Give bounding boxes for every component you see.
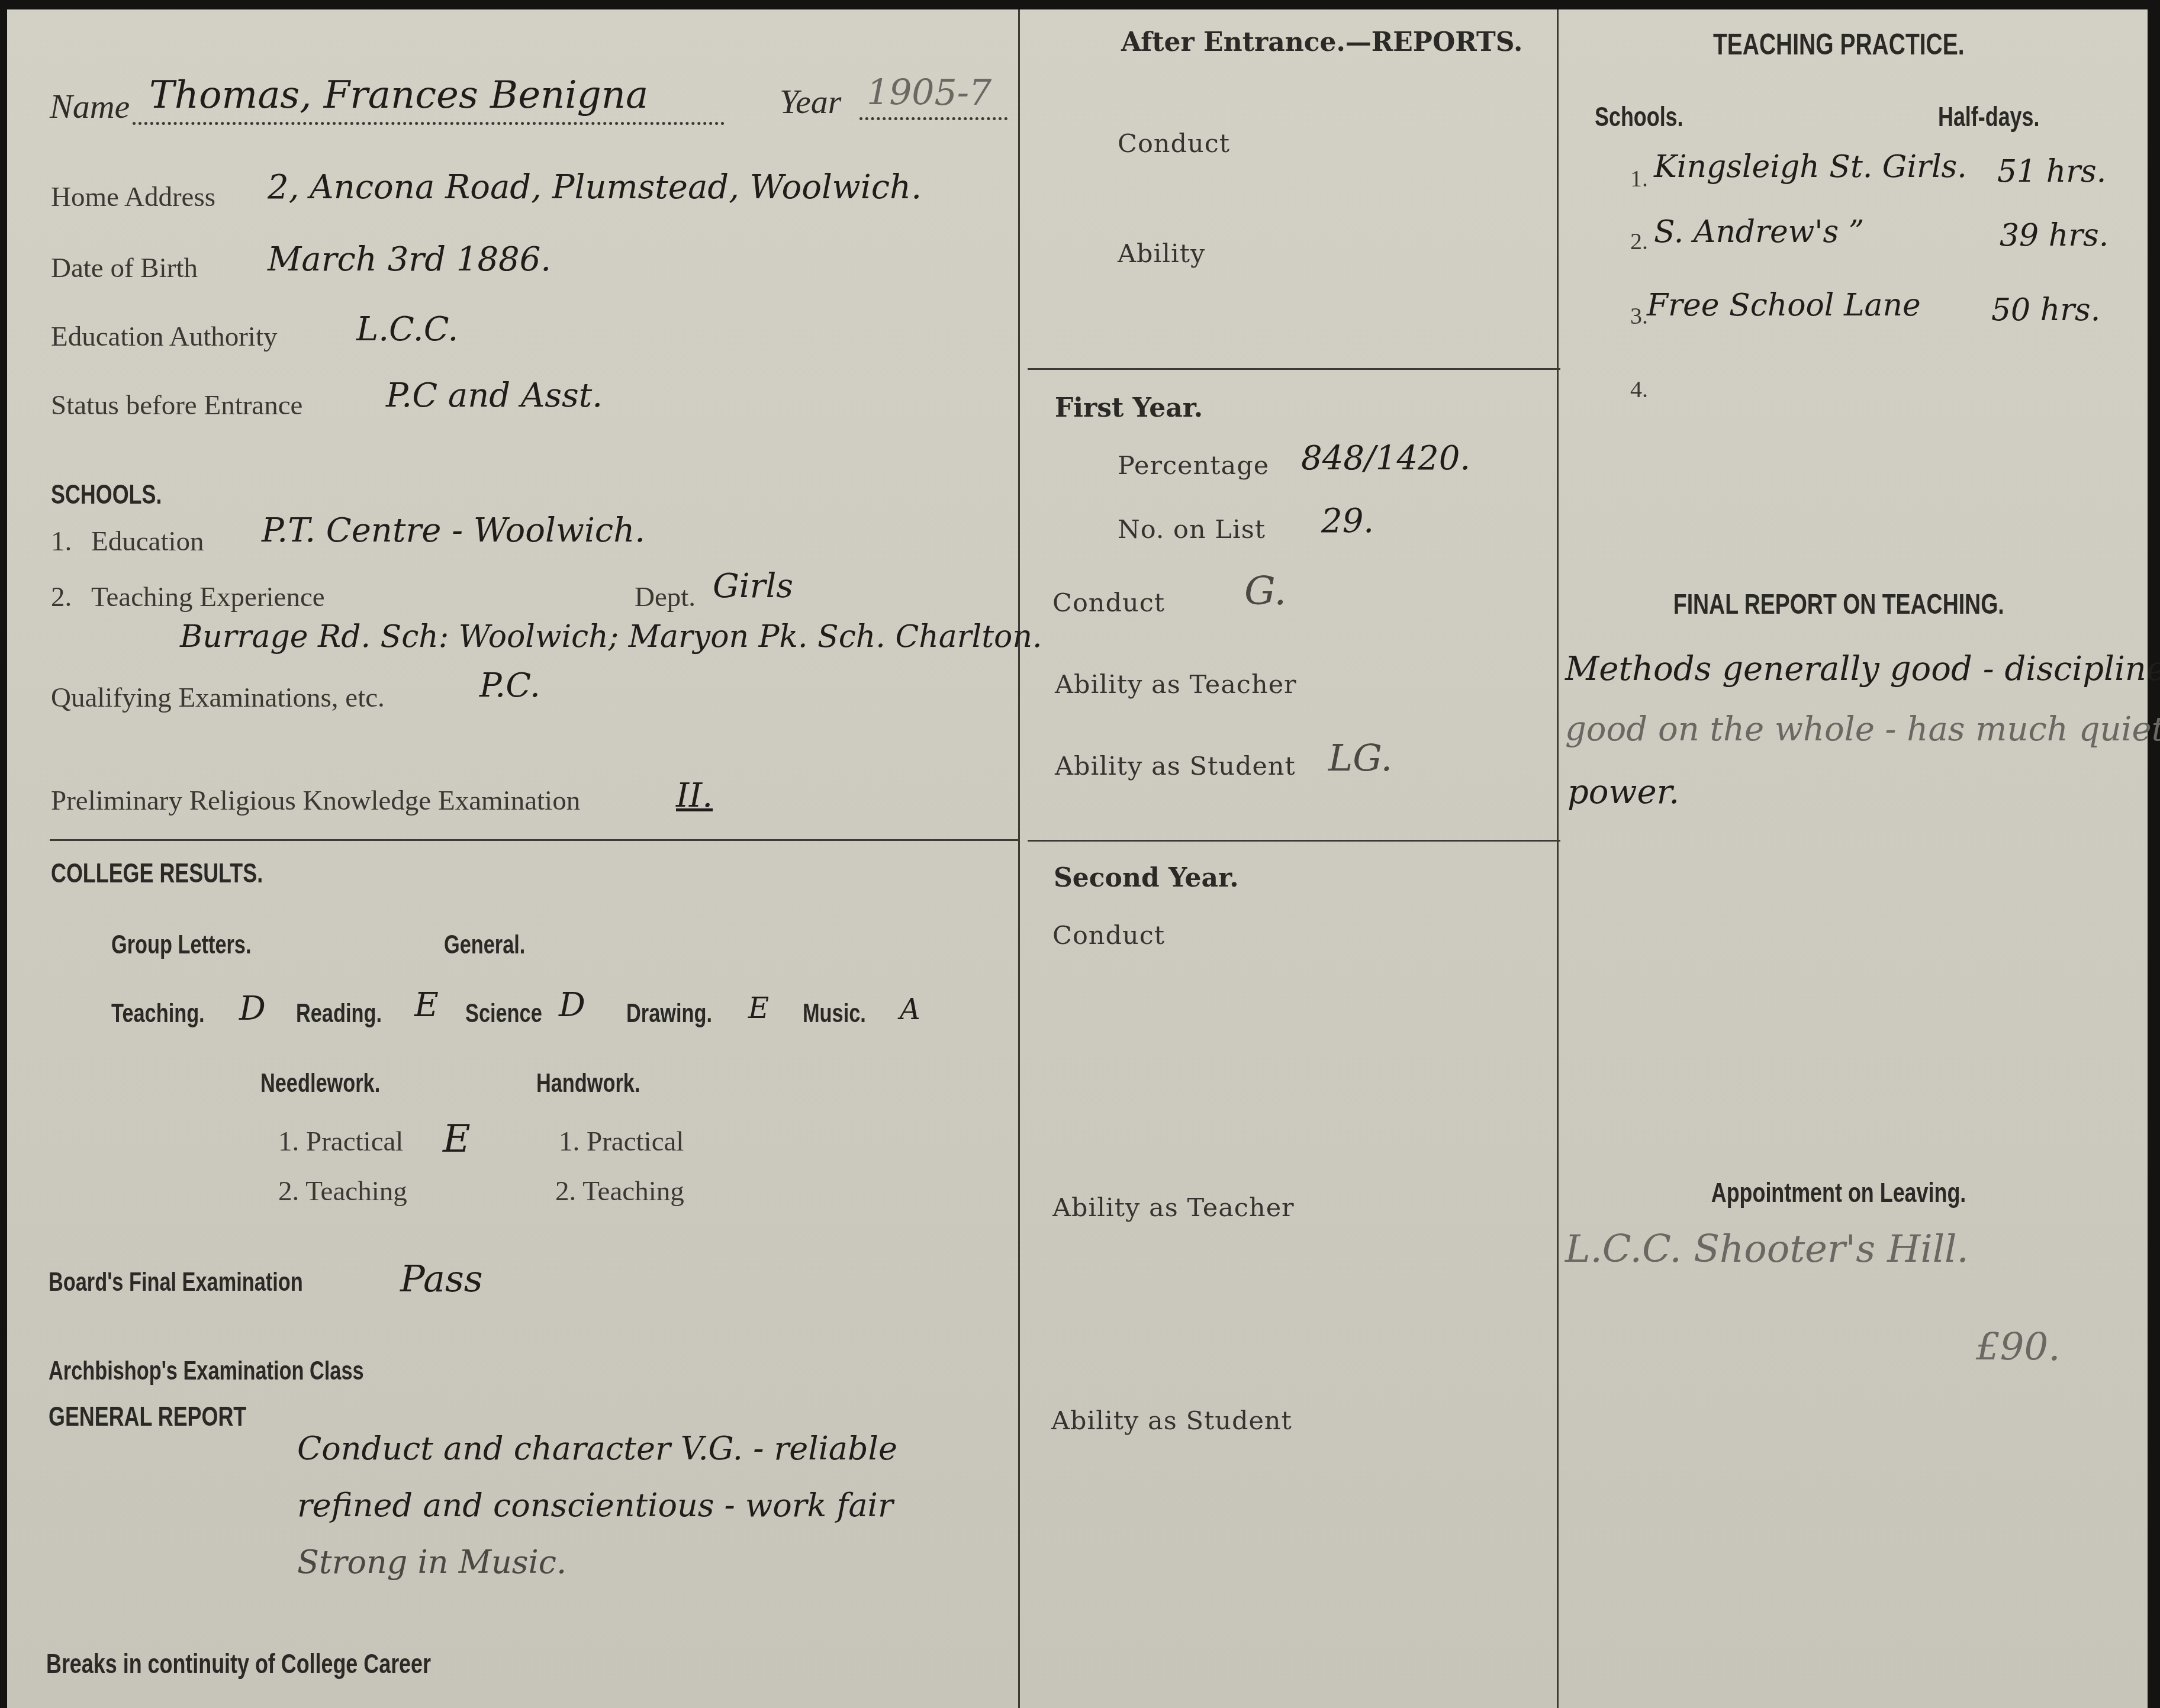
dept-label: Dept.	[635, 581, 696, 613]
college-results-heading: COLLEGE RESULTS.	[51, 857, 263, 889]
reports-heading: After Entrance.—REPORTS.	[1121, 27, 1522, 57]
row-number: 1.	[1630, 165, 1648, 192]
teaching-practice-heading: TEACHING PRACTICE.	[1713, 27, 1965, 62]
breaks-in-continuity-label: Breaks in continuity of College Career	[46, 1648, 431, 1680]
subject-grade-reading: E	[414, 986, 439, 1024]
general-report-label: GENERAL REPORT	[49, 1400, 246, 1432]
half-days-column-header: Half-days.	[1938, 101, 2039, 133]
subject-grade-drawing: E	[748, 992, 769, 1025]
subject-grade-teaching: D	[239, 990, 266, 1028]
general-label: General.	[444, 930, 525, 960]
subject-label-science: Science	[465, 999, 542, 1029]
practice-school: Free School Lane	[1647, 288, 1921, 323]
teaching-experience-value: Burrage Rd. Sch: Woolwich; Maryon Pk. Sc…	[180, 619, 1042, 655]
final-report-line: power.	[1567, 773, 1679, 811]
qualifying-exams-label: Qualifying Examinations, etc.	[51, 682, 385, 714]
practice-half-days: 39 hrs.	[2000, 218, 2109, 253]
handwork-teaching-label: 2. Teaching	[555, 1175, 684, 1207]
general-report-line: Strong in Music.	[297, 1543, 566, 1581]
general-report-line: Conduct and character V.G. - reliable	[297, 1430, 897, 1467]
percentage-label: Percentage	[1118, 451, 1269, 481]
no-on-list-label: No. on List	[1118, 515, 1266, 544]
boards-final-label: Board's Final Examination	[49, 1268, 303, 1297]
percentage-value: 848/1420.	[1301, 439, 1470, 478]
row-number: 3.	[1630, 302, 1648, 330]
needlework-heading: Needlework.	[260, 1069, 380, 1098]
first-year-conduct-label: Conduct	[1052, 588, 1165, 618]
education-authority-value: L.C.C.	[356, 310, 458, 349]
date-of-birth-label: Date of Birth	[51, 252, 198, 284]
second-year-conduct-label: Conduct	[1052, 921, 1165, 950]
practice-half-days: 51 hrs.	[1997, 154, 2106, 189]
appointment-value: L.C.C. Shooter's Hill.	[1565, 1227, 1969, 1271]
education-authority-label: Education Authority	[51, 321, 277, 353]
year-dotted-line	[860, 117, 1007, 120]
practice-school: S. Andrew's ”	[1654, 214, 1864, 250]
archbishops-exam-label: Archbishop's Examination Class	[49, 1356, 364, 1386]
year-label: Year	[780, 82, 841, 121]
first-year-ability-student-value: LG.	[1328, 736, 1392, 779]
teaching-experience-number: 2.	[51, 581, 72, 613]
subject-label-drawing: Drawing.	[626, 999, 712, 1029]
handwork-heading: Handwork.	[536, 1069, 640, 1098]
first-year-heading: First Year.	[1055, 393, 1203, 423]
qualifying-exams-value: P.C.	[479, 666, 540, 705]
general-report-line: refined and conscientious - work fair	[297, 1487, 893, 1524]
no-on-list-value: 29.	[1321, 502, 1374, 540]
row-number: 4.	[1630, 375, 1648, 403]
group-letters-label: Group Letters.	[111, 930, 251, 960]
first-year-ability-student-label: Ability as Student	[1055, 752, 1296, 781]
education-value: P.T. Centre - Woolwich.	[262, 511, 645, 550]
after-entrance-ability-label: Ability	[1118, 239, 1205, 269]
column-divider	[1557, 9, 1559, 1708]
date-of-birth-value: March 3rd 1886.	[268, 240, 551, 279]
practice-school: Kingsleigh St. Girls.	[1654, 149, 1967, 185]
column-divider	[1018, 9, 1020, 1708]
religious-exam-label: Preliminary Religious Knowledge Examinat…	[51, 785, 580, 817]
appointment-heading: Appointment on Leaving.	[1711, 1177, 1966, 1209]
dept-value: Girls	[713, 567, 793, 605]
after-entrance-conduct-label: Conduct	[1118, 129, 1230, 159]
needlework-teaching-label: 2. Teaching	[278, 1175, 407, 1207]
boards-final-value: Pass	[400, 1257, 483, 1300]
status-before-entrance-label: Status before Entrance	[51, 389, 302, 421]
row-number: 2.	[1630, 227, 1648, 255]
subject-grade-science: D	[559, 986, 585, 1024]
second-year-ability-student-label: Ability as Student	[1051, 1406, 1292, 1436]
education-number: 1.	[51, 526, 72, 557]
section-rule	[1028, 840, 1560, 842]
first-year-ability-teacher-label: Ability as Teacher	[1055, 670, 1297, 700]
section-rule	[50, 839, 1018, 841]
status-before-entrance-value: P.C and Asst.	[386, 376, 603, 415]
student-record-card: Name Thomas, Frances Benigna Year 1905-7…	[7, 9, 2148, 1708]
teaching-experience-label: Teaching Experience	[91, 581, 325, 613]
home-address-value: 2, Ancona Road, Plumstead, Woolwich.	[268, 168, 922, 207]
final-report-heading: FINAL REPORT ON TEACHING.	[1673, 588, 2004, 621]
religious-exam-value: II.	[676, 776, 713, 815]
subject-label-music: Music.	[803, 999, 866, 1029]
schools-column-header: Schools.	[1595, 101, 1683, 133]
name-dotted-line	[133, 122, 725, 125]
second-year-ability-teacher-label: Ability as Teacher	[1052, 1193, 1295, 1223]
subject-grade-music: A	[900, 993, 920, 1026]
education-label: Education	[91, 526, 204, 557]
name-label: Name	[50, 86, 130, 126]
subject-label-reading: Reading.	[296, 999, 382, 1029]
name-value: Thomas, Frances Benigna	[149, 73, 648, 117]
practice-half-days: 50 hrs.	[1991, 292, 2100, 328]
handwork-practical-label: 1. Practical	[559, 1126, 684, 1158]
appointment-salary: £90.	[1976, 1326, 2061, 1369]
section-rule	[1028, 368, 1560, 370]
schools-heading: SCHOOLS.	[51, 478, 162, 510]
final-report-line: good on the whole - has much quiet	[1565, 710, 2160, 749]
first-year-conduct-value: G.	[1244, 568, 1286, 614]
home-address-label: Home Address	[51, 181, 215, 213]
final-report-line: Methods generally good - discipline	[1565, 650, 2160, 688]
second-year-heading: Second Year.	[1054, 863, 1239, 893]
year-value: 1905-7	[867, 72, 992, 114]
needlework-practical-grade: E	[443, 1117, 471, 1161]
subject-label-teaching: Teaching.	[111, 999, 205, 1029]
needlework-practical-label: 1. Practical	[278, 1126, 403, 1158]
